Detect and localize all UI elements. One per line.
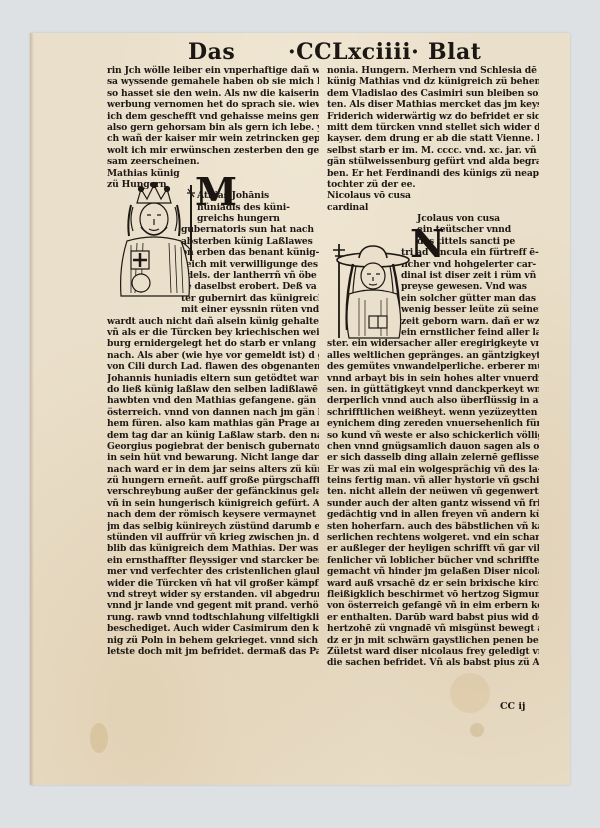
text-line: eynichem ding zereden vnuersehenlich für… [327, 418, 539, 429]
text-line: rin Jch wölle leiber ein vnperhaftige da… [107, 65, 319, 76]
text-line: nach dem der römisch keysere vermaynet d… [107, 509, 319, 520]
text-line: selbst starb er im. M. cccc. vnd. xc. ja… [327, 145, 539, 156]
foxing-stain [470, 723, 484, 737]
text-line: vñ in sein hungerisch künigreich gefürt.… [107, 498, 319, 509]
illustration-caption: cardinal [327, 202, 539, 213]
text-line: rung. rawb vnnd todtschlahung vilfeltigk… [107, 612, 319, 623]
text-line: nonia. Hungern. Merhern vnd Schlesia dē [327, 65, 539, 76]
illustration-caption: Nicolaus vō cusa [327, 190, 539, 201]
text-line: vñ als er die Türcken bey kriechischen w… [107, 327, 319, 338]
text-line: jm das selbig künireych züstünd darumb e… [107, 521, 319, 532]
text-line: vnnd arbayt bis in sein hohes alter vnue… [327, 373, 539, 384]
text-line: ich dem geschefft vnd gehaisse meins gem… [107, 111, 319, 122]
text-line: derperlich vnnd auch also überflüssig in… [327, 395, 539, 406]
cardinal-portrait-woodcut [329, 238, 417, 342]
text-line: ten. nicht allein der neüwen vñ gegenwer… [327, 486, 539, 497]
text-line: wider die Türcken vñ hat vil großer kämp… [107, 578, 319, 589]
text-line: mer vnd verfechter des cristenlichen gla… [107, 566, 319, 577]
page-header: Das ·CCLxciiii· Blat [30, 39, 570, 65]
text-line: künig Mathias vnd dz künigreich zü behem… [327, 76, 539, 87]
text-line: sa wyssende gemahele haben ob sie mich l… [107, 76, 319, 87]
text-line: ein ernsthaffter fleyssiger vnd starcker… [107, 555, 319, 566]
text-line: verschreybung außer der gefänckinus gela… [107, 486, 319, 497]
text-line: hem füren. also kam mathias gän Prage an [107, 418, 319, 429]
text-line: mitt dem türcken vnnd stellet sich wider… [327, 122, 539, 133]
text-line: Friderich widerwärtig wz do befridet er … [327, 111, 539, 122]
text-line: Er was zü mal ein wolgesprächig vñ des l… [327, 464, 539, 475]
text-line: er sich dasselb ding allain zelernē gefl… [327, 452, 539, 463]
text-line: schrifftlichen weißheyt. wenn yezüzeytte… [327, 407, 539, 418]
text-line: hertzohē zü vngnadē vñ misgünst bewegt a… [327, 623, 539, 634]
text-line: Georgius pogiebrat der benisch gubernato… [107, 441, 319, 452]
text-line: ch wañ der kaiser mir wein zetrincken ge… [107, 133, 319, 144]
text-line: kayser. dem drung er ab die statt Vienne… [327, 133, 539, 144]
text-line: von Cili durch Lad. flawen des obgenante… [107, 361, 319, 372]
text-line: gän stülweissenburg gefürt vnd alda begr… [327, 156, 539, 167]
text-line: werbung vernomen het do sprach sie. wiew… [107, 99, 319, 110]
text-line: teins fertig man. vñ aller hystorie vñ g… [327, 475, 539, 486]
text-line: er enthalten. Darūb ward babst pius wid … [327, 612, 539, 623]
text-line: ben. Er het Ferdinandi des künigs zü nea… [327, 168, 539, 179]
foxing-stain [450, 673, 490, 713]
signature-mark: CC ij [500, 701, 525, 712]
text-line: österreich. vnnd von dannen nach jm gän … [107, 407, 319, 418]
text-line: gemacht vñ hinder jm gelaßen Diser nicol… [327, 566, 539, 577]
text-line: sten hoherfarn. auch des bäbstlichen vñ … [327, 521, 539, 532]
text-line: dz er jn mit schwärn gaystlichen penen b… [327, 635, 539, 646]
decorated-initial-m: M [195, 173, 237, 211]
text-line: vnd streyt wider sy erstanden. vil abged… [107, 589, 319, 600]
folio-number: ·CCLxciiii· [288, 39, 419, 65]
text-line: mit einer eyssnin rüten vnd [107, 304, 319, 315]
text-line: nach ward er in dem jar seins alters zü … [107, 464, 319, 475]
text-line: wolt ich mir erwünschen zesterben den ge… [107, 145, 319, 156]
king-portrait-woodcut [109, 181, 199, 299]
header-right-word: Blat [428, 39, 481, 65]
text-line: sunder auch der alten gantz wissend vñ f… [327, 498, 539, 509]
text-line: burg ernidergelegt het do starb er vnlan… [107, 338, 319, 349]
text-line: in sein hüt vnd bewarung. Nicht lange da… [107, 452, 319, 463]
text-line: beschediget. Auch wider Casimirum den kü… [107, 623, 319, 634]
text-line: alles weltlichen gepränges. an gäntzigke… [327, 350, 539, 361]
text-line: chen vnnd gnügsamlich dauon sagen als ob [327, 441, 539, 452]
text-line: sam zeerscheinen. [107, 156, 319, 167]
text-line: ward auß vrsachē dz er sein brixische ki… [327, 578, 539, 589]
text-line: ten. Als diser Mathias mercket das jm ke… [327, 99, 539, 110]
text-line: von österreich gefangē vñ in eim erbern … [327, 600, 539, 611]
text-line: so hasset sie den wein. Als nw die kaise… [107, 88, 319, 99]
text-line: hawbten vnd den Mathias gefangene. gän [107, 395, 319, 406]
text-line: nach. Als aber (wie hye vor gemeldt ist)… [107, 350, 319, 361]
text-line: dem tag dar an künig Laßlaw starb. den n… [107, 430, 319, 441]
text-line: Johannis huniadis eltern sun getödtet wa… [107, 373, 319, 384]
text-line: fenlicher vñ loblicher bücher vnd schrif… [327, 555, 539, 566]
text-line: sen. in güttätigkeyt vnnd danckperkeyt w… [327, 384, 539, 395]
text-line: nig zü Poln in behem gekrieget. vnnd sic… [107, 635, 319, 646]
text-line: wardt auch nicht dañ alsein künig gehalt… [107, 316, 319, 327]
left-column: rin Jch wölle leiber ein vnperhaftige da… [107, 65, 319, 657]
text-line: er außleger der heyligen schrifft vñ gar… [327, 543, 539, 554]
text-line: serlichen rechtens wolgeret. vnd ein sch… [327, 532, 539, 543]
text-line: des gemütes vnwandelperliche. erberer mü… [327, 361, 539, 372]
text-line: tochter zü der ee. [327, 179, 539, 190]
header-left-word: Das [188, 39, 235, 65]
text-line: letste doch mit jm befridet. dermaß das … [107, 646, 319, 657]
text-line: blib das künigreich dem Mathias. Der was [107, 543, 319, 554]
text-line: gedächtig vnd in allen freyen vñ andern … [327, 509, 539, 520]
text-line: dem Vladislao des Casimiri sun bleiben s… [327, 88, 539, 99]
text-line: vnnd jr lande vnd gegent mit prand. verh… [107, 600, 319, 611]
text-line: stünden vil auffrür vñ krieg zwischen jn… [107, 532, 319, 543]
text-line: die sachen befridet. Vñ als babst pius z… [327, 657, 539, 668]
text-line: fleißigklich beschirmet vō hertzog Sigmu… [327, 589, 539, 600]
text-line: Zületst ward diser nicolaus frey geledig… [327, 646, 539, 657]
right-column: nonia. Hungern. Merhern vnd Schlesia dē … [327, 65, 539, 669]
foxing-stain [90, 723, 108, 753]
text-line: also gern gehorsam bin als gern ich lebe… [107, 122, 319, 133]
text-line: zü hungern erneñt. auff große pürgschaff… [107, 475, 319, 486]
book-leaf: Das ·CCLxciiii· Blat rin Jch wölle leibe… [30, 33, 570, 785]
text-line: so kund vñ weste er also schickerlich vö… [327, 430, 539, 441]
text-line: do ließ künig laßlaw den selben ladißlaw… [107, 384, 319, 395]
